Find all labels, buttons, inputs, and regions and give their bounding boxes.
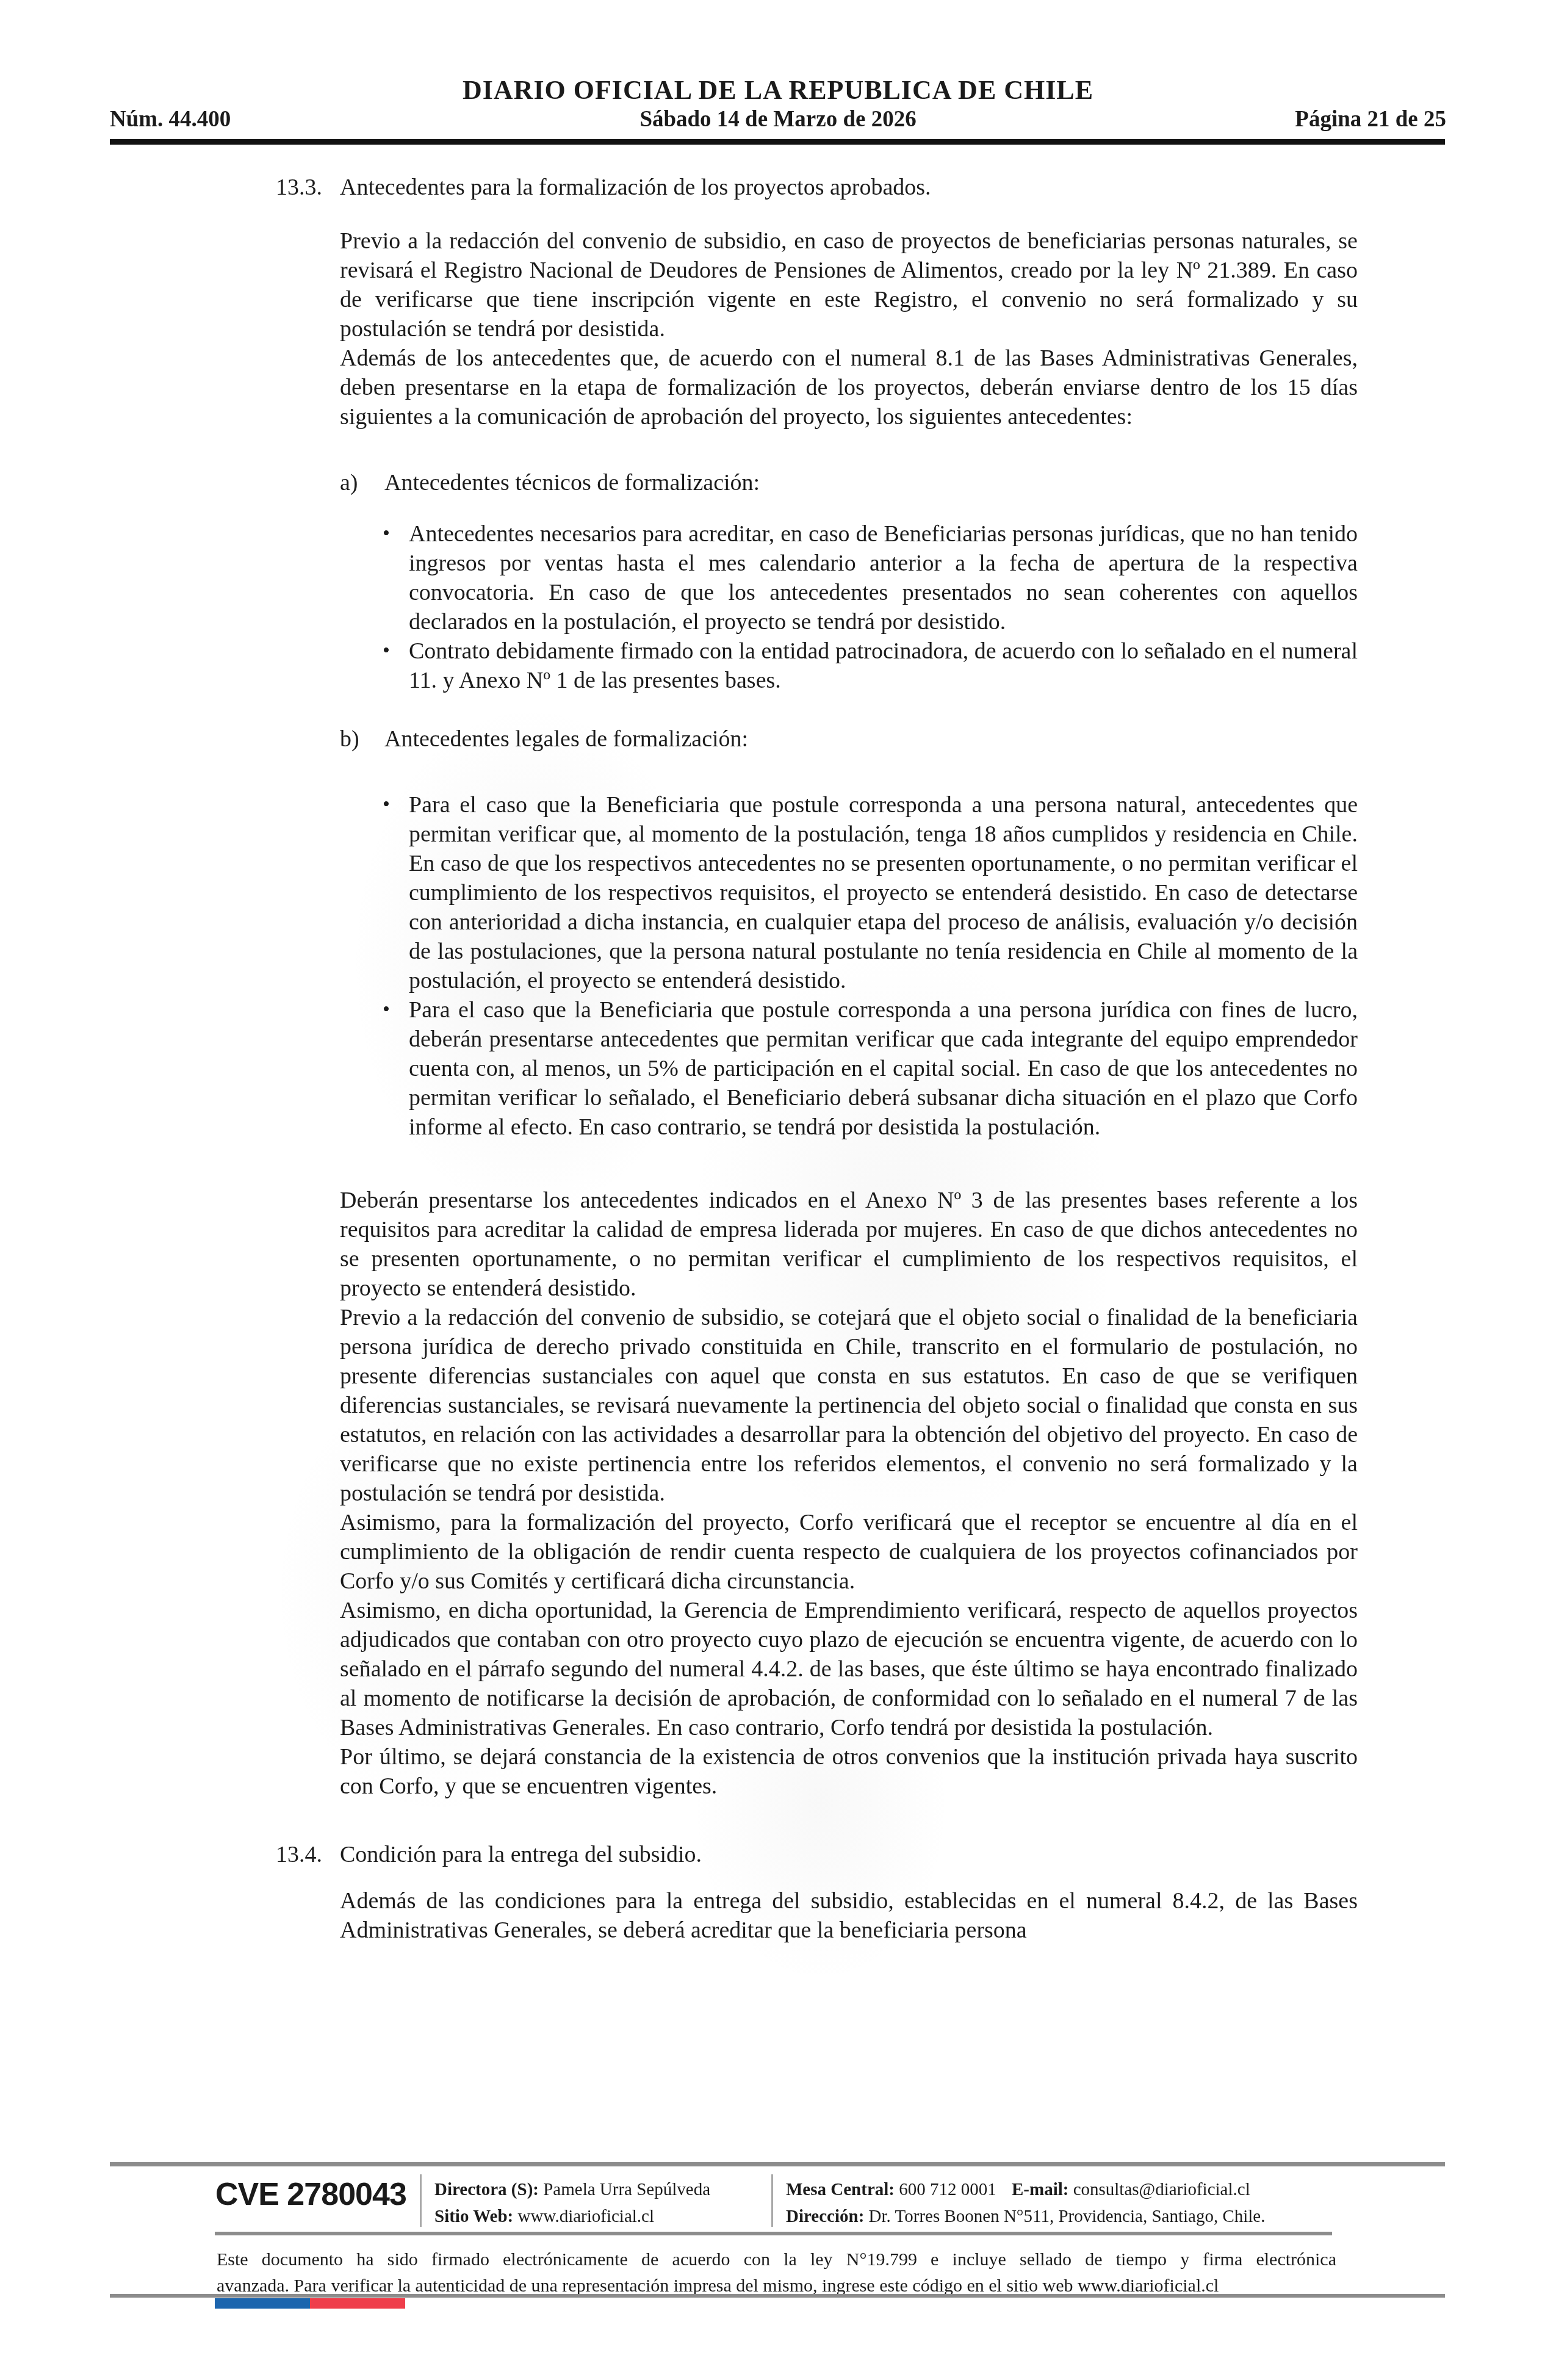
- section-number: 13.4.: [276, 1840, 340, 1869]
- section-13-3-heading: 13.3. Antecedentes para la formalización…: [276, 173, 1358, 202]
- list-b-heading: b) Antecedentes legales de formalización…: [340, 724, 1358, 754]
- email-label: E-mail:: [1012, 2180, 1068, 2199]
- list-a-heading: a) Antecedentes técnicos de formalizació…: [340, 468, 1358, 497]
- section-title: Condición para la entrega del subsidio.: [340, 1840, 1358, 1869]
- footer-publisher-info: Directora (S): Pamela Urra Sepúlveda Sit…: [434, 2176, 710, 2230]
- footer-divider: [771, 2174, 773, 2227]
- flag-red-segment: [310, 2298, 405, 2309]
- section-number: 13.3.: [276, 173, 340, 202]
- bullet-text: Antecedentes necesarios para acreditar, …: [409, 519, 1358, 636]
- section-13-4-heading: 13.4. Condición para la entrega del subs…: [276, 1840, 1358, 1869]
- bullet-text: Para el caso que la Beneficiaria que pos…: [409, 995, 1358, 1142]
- cve-code: CVE 2780043: [215, 2176, 406, 2213]
- page-indicator: Página 21 de 25: [1295, 106, 1446, 132]
- list-title: Antecedentes legales de formalización:: [384, 724, 1358, 754]
- footer-rule-bottom: [110, 2294, 1445, 2298]
- director-line: Directora (S): Pamela Urra Sepúlveda: [434, 2176, 710, 2203]
- masthead-row: Núm. 44.400 Sábado 14 de Marzo de 2026 P…: [110, 106, 1446, 135]
- issue-date: Sábado 14 de Marzo de 2026: [110, 106, 1446, 132]
- bullet-icon: •: [383, 519, 409, 636]
- director-value: Pamela Urra Sepúlveda: [543, 2180, 710, 2199]
- footer-rule-top: [110, 2162, 1445, 2166]
- header-rule: [110, 139, 1445, 145]
- paragraph: Además de los antecedentes que, de acuer…: [340, 344, 1358, 431]
- paragraph: Además de las condiciones para la entreg…: [340, 1886, 1358, 1945]
- list-letter: b): [340, 724, 384, 754]
- list-b-bullets: • Para el caso que la Beneficiaria que p…: [276, 790, 1358, 1142]
- list-item: • Para el caso que la Beneficiaria que p…: [383, 995, 1358, 1142]
- website-line: Sitio Web: www.diarioficial.cl: [434, 2203, 710, 2230]
- disclaimer-line: Este documento ha sido firmado electróni…: [217, 2246, 1336, 2273]
- document-body: 13.3. Antecedentes para la formalización…: [276, 173, 1358, 1945]
- footer-divider: [420, 2174, 422, 2227]
- bullet-icon: •: [383, 790, 409, 995]
- website-link[interactable]: www.diarioficial.cl: [517, 2207, 654, 2226]
- phone-email-line: Mesa Central: 600 712 0001 E-mail: consu…: [786, 2176, 1265, 2203]
- email-link[interactable]: consultas@diarioficial.cl: [1073, 2180, 1250, 2199]
- signature-disclaimer: Este documento ha sido firmado electróni…: [217, 2246, 1336, 2299]
- address-label: Dirección:: [786, 2207, 864, 2226]
- paragraph: Asimismo, para la formalización del proy…: [340, 1508, 1358, 1596]
- website-label: Sitio Web:: [434, 2207, 513, 2226]
- list-item: • Para el caso que la Beneficiaria que p…: [383, 790, 1358, 995]
- bullet-icon: •: [383, 636, 409, 695]
- list-title: Antecedentes técnicos de formalización:: [384, 468, 1358, 497]
- list-a-bullets: • Antecedentes necesarios para acreditar…: [276, 519, 1358, 695]
- gazette-title: DIARIO OFICIAL DE LA REPUBLICA DE CHILE: [0, 74, 1556, 106]
- bullet-text: Para el caso que la Beneficiaria que pos…: [409, 790, 1358, 995]
- list-letter: a): [340, 468, 384, 497]
- phone-value: 600 712 0001: [899, 2180, 996, 2199]
- flag-blue-segment: [215, 2298, 310, 2309]
- bullet-icon: •: [383, 995, 409, 1142]
- list-item: • Antecedentes necesarios para acreditar…: [383, 519, 1358, 636]
- bullet-text: Contrato debidamente firmado con la enti…: [409, 636, 1358, 695]
- paragraph: Por último, se dejará constancia de la e…: [340, 1742, 1358, 1801]
- director-label: Directora (S):: [434, 2180, 539, 2199]
- address-value: Dr. Torres Boonen N°511, Providencia, Sa…: [869, 2207, 1266, 2226]
- footer-rule-mid: [215, 2232, 1332, 2235]
- paragraph: Deberán presentarse los antecedentes ind…: [340, 1186, 1358, 1303]
- paragraph: Asimismo, en dicha oportunidad, la Geren…: [340, 1596, 1358, 1742]
- paragraph: Previo a la redacción del convenio de su…: [340, 226, 1358, 344]
- address-line: Dirección: Dr. Torres Boonen N°511, Prov…: [786, 2203, 1265, 2230]
- list-item: • Contrato debidamente firmado con la en…: [383, 636, 1358, 695]
- paragraph: Previo a la redacción del convenio de su…: [340, 1303, 1358, 1508]
- section-title: Antecedentes para la formalización de lo…: [340, 173, 1358, 202]
- phone-label: Mesa Central:: [786, 2180, 895, 2199]
- gazette-page: DIARIO OFICIAL DE LA REPUBLICA DE CHILE …: [0, 0, 1556, 2380]
- footer-contact-info: Mesa Central: 600 712 0001 E-mail: consu…: [786, 2176, 1265, 2230]
- chile-flag-bar: [215, 2298, 405, 2309]
